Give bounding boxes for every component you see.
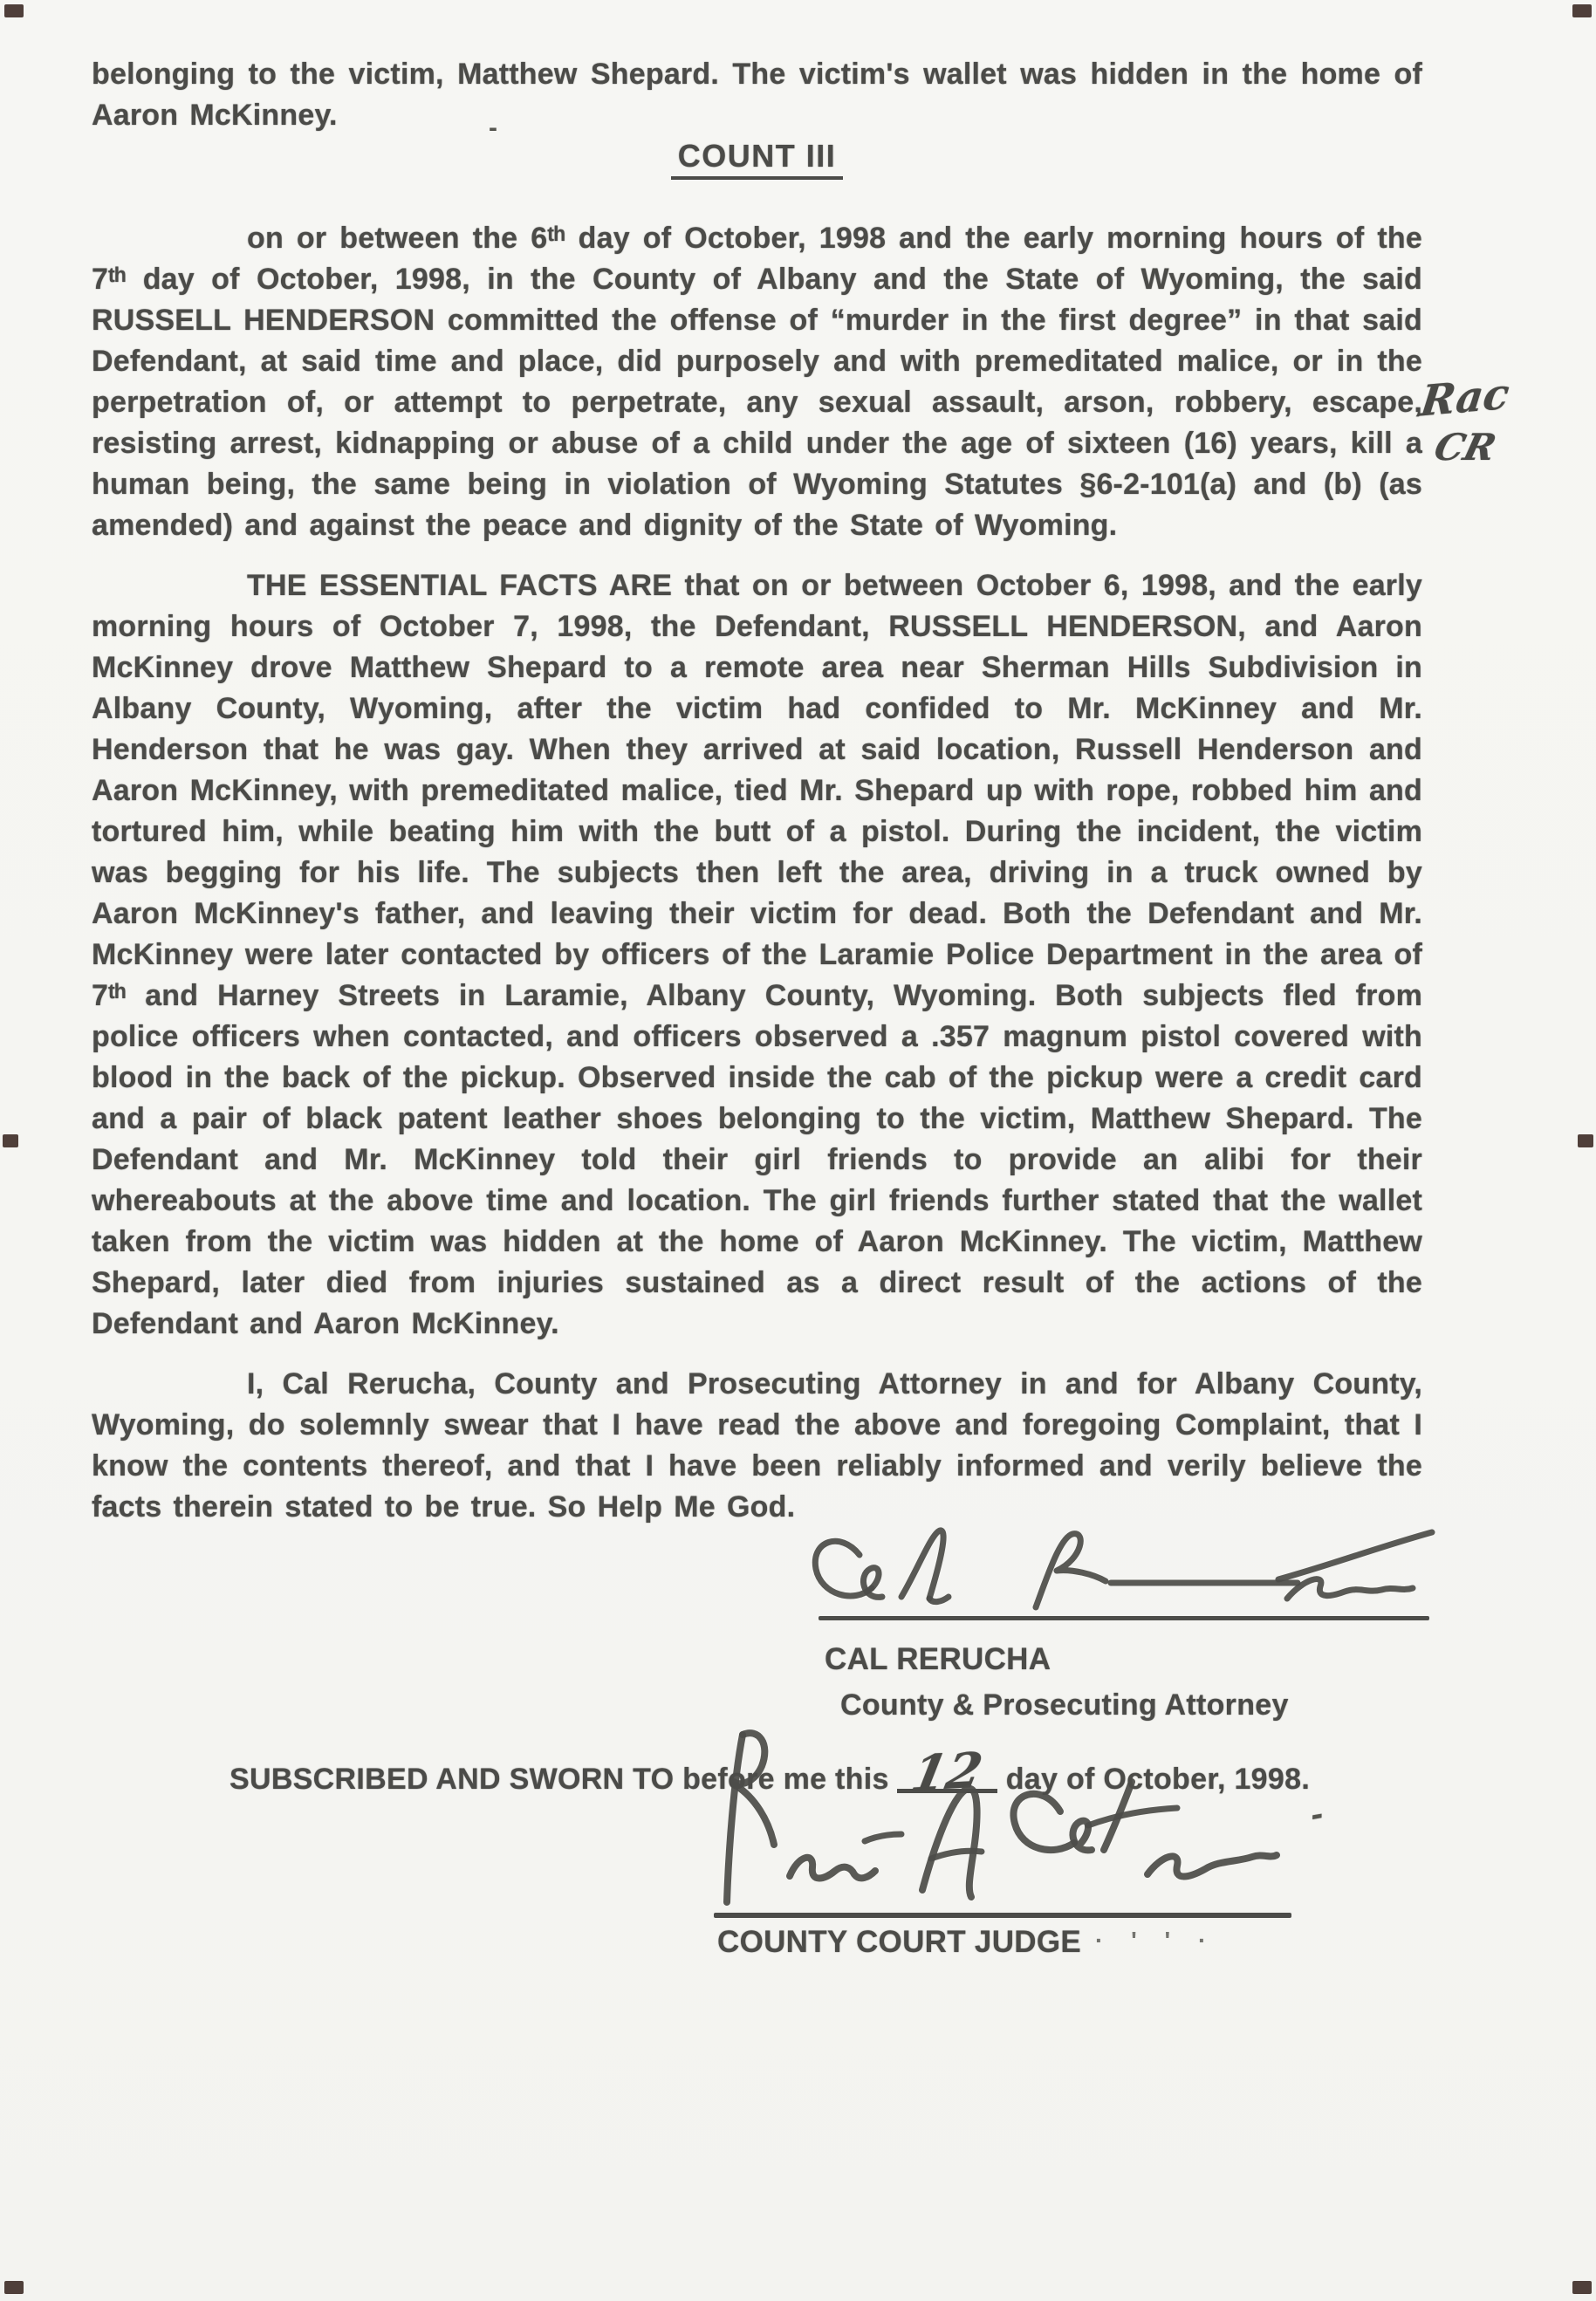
judge-signature	[694, 1728, 1305, 1915]
scan-artifact-top-right	[1572, 4, 1592, 17]
scan-artifact-mid-left	[3, 1134, 18, 1147]
scan-artifact-top-left	[4, 4, 24, 17]
count-heading-text: COUNT III	[671, 138, 844, 180]
count-heading: COUNT III	[92, 138, 1422, 175]
scan-artifact-mid-right	[1578, 1134, 1593, 1147]
judge-stray-marks: · ' ' ·	[1095, 1927, 1216, 1955]
judge-title: COUNTY COURT JUDGE	[717, 1925, 1081, 1960]
attorney-signature	[798, 1520, 1470, 1623]
attorney-signature-line	[819, 1616, 1429, 1620]
scan-artifact-bottom-left	[4, 2281, 24, 2294]
attorney-title: County & Prosecuting Attorney	[840, 1688, 1289, 1722]
oath-paragraph: I, Cal Rerucha, County and Prosecuting A…	[92, 1364, 1422, 1528]
margin-note-cr: CR	[1430, 426, 1501, 469]
scanned-document-page: belonging to the victim, Matthew Shepard…	[0, 0, 1596, 2301]
stray-mark-signature: -	[1308, 1797, 1326, 1833]
margin-note-rac: Rac	[1418, 369, 1512, 427]
charge-paragraph: on or between the 6ᵗʰ day of October, 19…	[92, 218, 1422, 546]
attorney-name: CAL RERUCHA	[825, 1642, 1051, 1677]
judge-signature-line	[714, 1913, 1291, 1918]
scan-artifact-bottom-right	[1572, 2281, 1592, 2294]
facts-paragraph: THE ESSENTIAL FACTS ARE that on or betwe…	[92, 565, 1422, 1345]
continuation-paragraph: belonging to the victim, Matthew Shepard…	[92, 54, 1422, 136]
